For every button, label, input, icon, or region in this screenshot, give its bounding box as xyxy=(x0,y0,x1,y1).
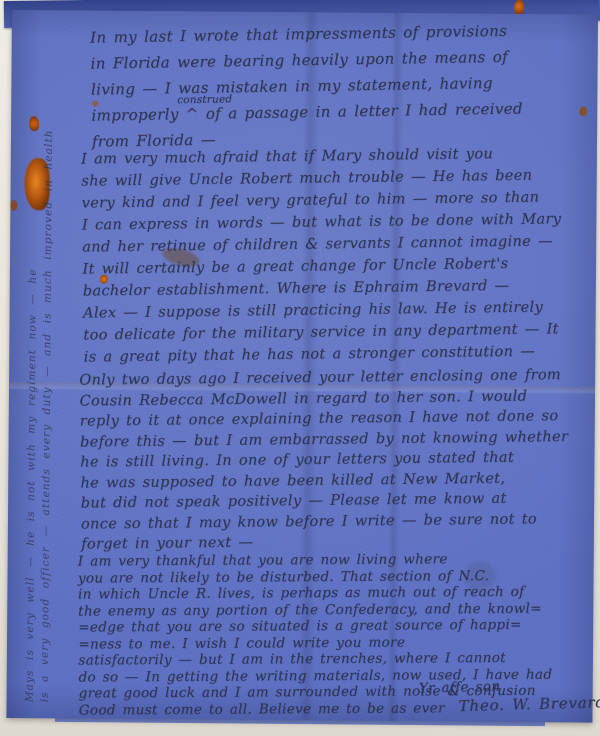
rust-stain xyxy=(10,200,17,211)
margin-note-lines: Mays is very well — he is not with my re… xyxy=(23,54,58,702)
rust-stain xyxy=(579,106,587,116)
letter-paragraph-2: I am very much afraid that if Mary shoul… xyxy=(81,142,563,368)
scanned-letter-background: In my last I wrote that impressments of … xyxy=(0,0,600,736)
signature-closing: Yr affe son xyxy=(418,678,500,696)
letter-line: =edge that you are so situated is a grea… xyxy=(78,617,552,636)
letter-paragraph-2-lines: I am very much afraid that if Mary shoul… xyxy=(81,142,563,368)
letter-paragraph-1-lines: In my last I wrote that impressments of … xyxy=(90,17,524,154)
letter-paper: In my last I wrote that impressments of … xyxy=(6,10,598,723)
signature-name: Theo. W. Brevard xyxy=(458,693,600,715)
letter-paragraph-1: In my last I wrote that impressments of … xyxy=(90,17,524,154)
interlinear-insertion: construed xyxy=(177,86,233,113)
letter-paragraph-3: Only two days ago I received your letter… xyxy=(79,365,569,555)
letter-paragraph-3-lines: Only two days ago I received your letter… xyxy=(79,365,569,555)
margin-note: Mays is very well — he is not with my re… xyxy=(23,54,58,702)
